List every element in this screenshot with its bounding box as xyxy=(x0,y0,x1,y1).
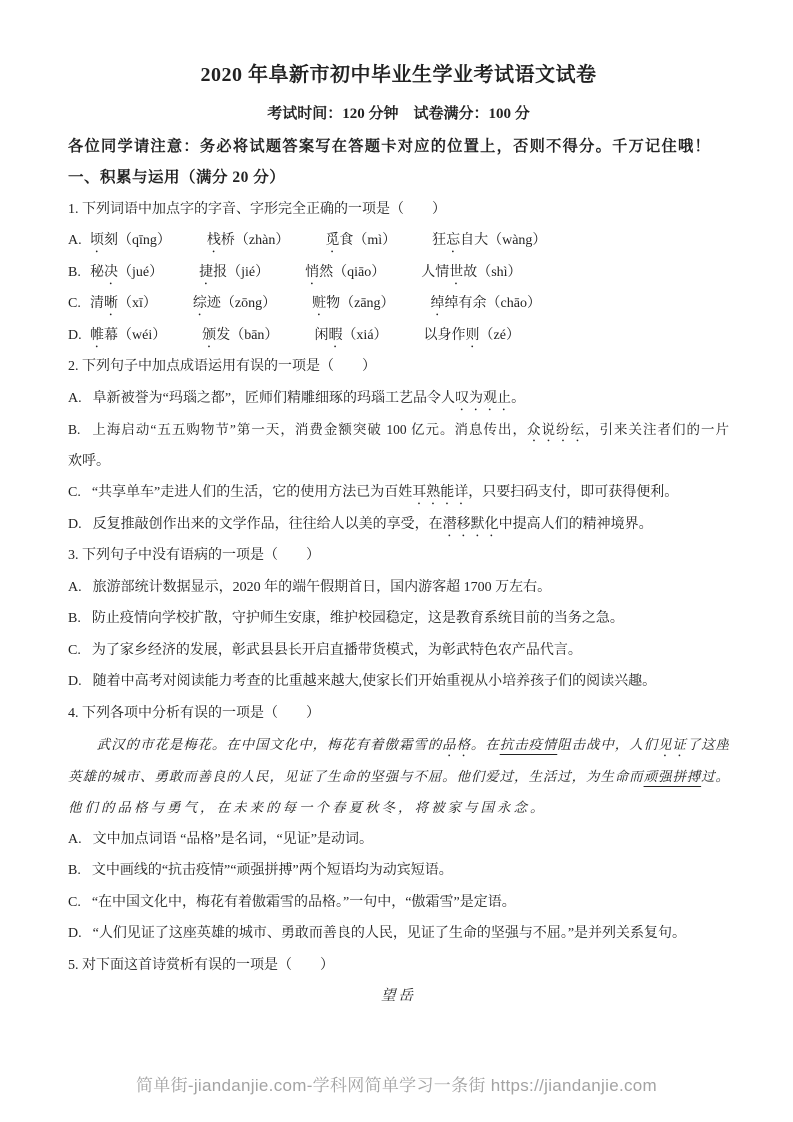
q4-passage-line: 他们的品格与勇气，在未来的每一个春夏秋冬，将被家与国永念。 xyxy=(68,792,729,824)
option-label: B. xyxy=(68,863,81,878)
option-label: B. xyxy=(68,611,81,626)
q5-stem: 5. 对下面这首诗赏析有误的一项是（ ） xyxy=(68,950,729,982)
q4-passage-line: 武汉的市花是梅花。在中国文化中，梅花有着傲霜雪的品格。在抗击疫情阻击战中，人们见… xyxy=(68,729,729,761)
q1-word: 综迹（zōng） xyxy=(193,288,276,320)
q1-word: 捷报（jié） xyxy=(199,257,269,289)
option-text: 文中画线的“抗击疫情”“顽强拼搏”两个短语均为动宾短语。 xyxy=(92,863,453,878)
q1-row-d: D. 帷幕（wéi） 颁发（bān） 闲暇（xiá） 以身作则（zé） xyxy=(68,320,729,352)
option-label: D. xyxy=(68,674,82,689)
q3-stem: 3. 下列句子中没有语病的一项是（ ） xyxy=(68,540,729,572)
q4-passage-line: 英雄的城市、勇敢而善良的人民，见证了生命的坚强与不屈。他们爱过，生活过，为生命而… xyxy=(68,761,729,793)
page-content: 2020 年阜新市初中毕业生学业考试语文试卷 考试时间：120 分钟 试卷满分：… xyxy=(0,62,793,1013)
q1-word: 绰绰有余（chāo） xyxy=(431,288,541,320)
option-label: B. xyxy=(68,257,90,289)
q3-option-d: D.随着中高考对阅读能力考查的比重越来越大,使家长们开始重视从小培养孩子们的阅读… xyxy=(68,666,729,698)
option-text: 旅游部统计数据显示，2020 年的端午假期首日，国内游客超 1700 万左右。 xyxy=(93,580,552,595)
q1-word: 颁发（bān） xyxy=(202,320,278,352)
option-label: A. xyxy=(68,391,82,406)
page-title: 2020 年阜新市初中毕业生学业考试语文试卷 xyxy=(68,62,729,89)
option-label: B. xyxy=(68,422,80,437)
poem-title: 望岳 xyxy=(68,981,729,1013)
q2-option-d: D.反复推敲创作出来的文学作品，往往给人以美的享受，在潜移默化中提高人们的精神境… xyxy=(68,509,729,541)
q1-word: 顷刻（qīng） xyxy=(90,225,171,257)
q1-row-b: B. 秘决（jué） 捷报（jié） 悄然（qiāo） 人情世故（shì） xyxy=(68,257,729,289)
q1-word: 清晰（xī） xyxy=(90,288,157,320)
q4-option-d: D.“人们见证了这座英雄的城市、勇敢而善良的人民，见证了生命的坚强与不屈。”是并… xyxy=(68,918,729,950)
option-text: 为了家乡经济的发展，彰武县县长开启直播带货模式，为彰武特色农产品代言。 xyxy=(92,643,582,658)
option-text: “在中国文化中，梅花有着傲霜雪的品格。”一句中，“傲霜雪”是定语。 xyxy=(92,895,516,910)
q1-stem: 1. 下列词语中加点字的字音、字形完全正确的一项是（ ） xyxy=(68,194,729,226)
option-text: 随着中高考对阅读能力考查的比重越来越大,使家长们开始重视从小培养孩子们的阅读兴趣… xyxy=(93,674,657,689)
q2-option-c: C.“共享单车”走进人们的生活，它的使用方法已为百姓耳熟能详，只要扫码支付，即可… xyxy=(68,477,729,509)
option-text: 阜新被誉为“玛瑙之都”，匠师们精雕细琢的玛瑙工艺品令人叹为观止。 xyxy=(93,391,525,406)
option-label: C. xyxy=(68,643,81,658)
footer-watermark: 简单街-jiandanjie.com-学科网简单学习一条街 https://ji… xyxy=(0,1071,793,1096)
option-label: A. xyxy=(68,580,82,595)
option-label: C. xyxy=(68,288,90,320)
q1-word: 觅食（mì） xyxy=(325,225,396,257)
option-text: 防止疫情向学校扩散，守护师生安康，维护校园稳定，这是教育系统目前的当务之急。 xyxy=(92,611,624,626)
q2-option-b-line1: B.上海启动“五五购物节”第一天，消费金额突破 100 亿元。消息传出，众说纷纭… xyxy=(68,414,729,446)
option-text: 反复推敲创作出来的文学作品，往往给人以美的享受，在潜移默化中提高人们的精神境界。 xyxy=(93,517,653,532)
exam-notice: 各位同学请注意：务必将试题答案写在答题卡对应的位置上，否则不得分。千万记住哦！ xyxy=(68,131,729,163)
q1-word: 赃物（zāng） xyxy=(312,288,394,320)
q2-option-a: A.阜新被誉为“玛瑙之都”，匠师们精雕细琢的玛瑙工艺品令人叹为观止。 xyxy=(68,383,729,415)
q1-word: 栈桥（zhàn） xyxy=(207,225,289,257)
option-text: 文中加点词语 “品格”是名词，“见证”是动词。 xyxy=(93,832,373,847)
q3-option-a: A.旅游部统计数据显示，2020 年的端午假期首日，国内游客超 1700 万左右… xyxy=(68,572,729,604)
q1-row-a: A. 顷刻（qīng） 栈桥（zhàn） 觅食（mì） 狂忘自大（wàng） xyxy=(68,225,729,257)
exam-info: 考试时间：120 分钟 试卷满分：100 分 xyxy=(68,99,729,131)
q2-stem: 2. 下列句子中加点成语运用有误的一项是（ ） xyxy=(68,351,729,383)
option-label: A. xyxy=(68,832,82,847)
section-heading: 一、积累与运用（满分 20 分） xyxy=(68,162,729,194)
q4-option-c: C.“在中国文化中，梅花有着傲霜雪的品格。”一句中，“傲霜雪”是定语。 xyxy=(68,887,729,919)
q1-word: 闲暇（xiá） xyxy=(314,320,387,352)
q1-word: 帷幕（wéi） xyxy=(90,320,166,352)
q4-option-a: A.文中加点词语 “品格”是名词，“见证”是动词。 xyxy=(68,824,729,856)
q2-option-b-line2: 欢呼。 xyxy=(68,446,729,478)
q1-word: 人情世故（shì） xyxy=(421,257,521,289)
option-label: D. xyxy=(68,517,82,532)
q1-row-c: C. 清晰（xī） 综迹（zōng） 赃物（zāng） 绰绰有余（chāo） xyxy=(68,288,729,320)
option-text: 上海启动“五五购物节”第一天，消费金额突破 100 亿元。消息传出，众说纷纭，引… xyxy=(91,422,729,437)
option-label: D. xyxy=(68,926,82,941)
q1-word: 狂忘自大（wàng） xyxy=(432,225,546,257)
option-text: “共享单车”走进人们的生活，它的使用方法已为百姓耳熟能详，只要扫码支付，即可获得… xyxy=(92,485,678,500)
option-label: C. xyxy=(68,895,81,910)
q1-word: 以身作则（zé） xyxy=(424,320,520,352)
exam-paper-page: 2020 年阜新市初中毕业生学业考试语文试卷 考试时间：120 分钟 试卷满分：… xyxy=(0,0,793,1122)
option-label: D. xyxy=(68,320,90,352)
option-text: “人们见证了这座英雄的城市、勇敢而善良的人民，见证了生命的坚强与不屈。”是并列关… xyxy=(93,926,686,941)
q3-option-b: B.防止疫情向学校扩散，守护师生安康，维护校园稳定，这是教育系统目前的当务之急。 xyxy=(68,603,729,635)
option-label: A. xyxy=(68,225,90,257)
q1-word: 悄然（qiāo） xyxy=(305,257,385,289)
q4-option-b: B.文中画线的“抗击疫情”“顽强拼搏”两个短语均为动宾短语。 xyxy=(68,855,729,887)
q3-option-c: C.为了家乡经济的发展，彰武县县长开启直播带货模式，为彰武特色农产品代言。 xyxy=(68,635,729,667)
q1-word: 秘决（jué） xyxy=(90,257,163,289)
q4-stem: 4. 下列各项中分析有误的一项是（ ） xyxy=(68,698,729,730)
option-label: C. xyxy=(68,485,81,500)
